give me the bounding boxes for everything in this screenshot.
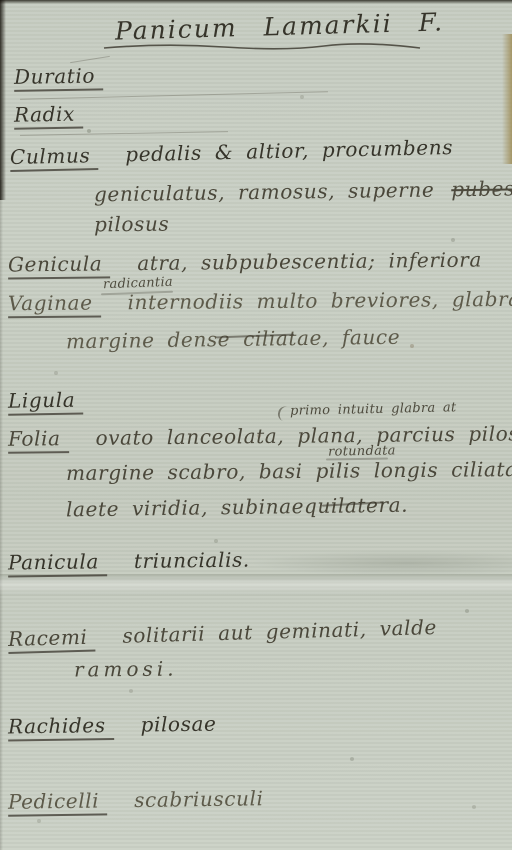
entry-label-folia: Folia	[8, 426, 69, 454]
entry-racemi-line2: ramosi.	[74, 657, 178, 682]
vaginae-text-2: margine dense ciliatae, fauce	[66, 325, 400, 354]
page-title: Panicum Lamarkii F.	[115, 7, 445, 45]
culmus-text-2: geniculatus, ramosus, superne	[94, 178, 435, 207]
entry-vaginae-line2: margine dense ciliatae, fauce	[66, 325, 400, 354]
entry-rachides: Rachides pilosae	[8, 712, 217, 742]
entry-label-panicula: Panicula	[8, 549, 107, 577]
entry-radix: Radix	[14, 101, 97, 129]
folia-inserted-above: primo intuitu glabra at	[290, 400, 457, 418]
insertion-caret-1	[276, 405, 290, 422]
entry-folia-line3: laete viridia, subinaequilatera.	[66, 493, 408, 522]
paper-shade-band	[250, 550, 512, 576]
stray-stroke	[70, 56, 110, 63]
pedicelli-text-1: scabriusculi	[134, 786, 264, 812]
folia-text-1b: parcius pilosa	[376, 421, 512, 447]
faint-rule-radix	[20, 131, 228, 136]
scan-edge-top	[0, 0, 512, 4]
scan-edge-left	[0, 0, 6, 200]
panicula-text-1: triuncialis.	[134, 548, 250, 573]
entry-culmus-line3: pilosus	[94, 212, 169, 237]
racemi-text-1: solitarii aut geminati, valde	[122, 615, 437, 648]
entry-label-radix: Radix	[14, 102, 83, 130]
vaginae-text-1: internodiis multo breviores, glabrae	[127, 287, 512, 315]
entry-label-pedicelli: Pedicelli	[8, 788, 108, 816]
rachides-text-1: pilosae	[140, 712, 216, 737]
folia-text-1a: ovato lanceolata, plana,	[95, 423, 363, 450]
entry-label-culmus: Culmus	[10, 143, 99, 172]
entry-genicula: Genicula atra, subpubescentia; inferiora	[8, 248, 482, 280]
entry-vaginae-line1: Vaginae internodiis multo breviores, gla…	[8, 287, 512, 319]
paper-crease	[0, 574, 512, 596]
entry-label-duratio: Duratio	[14, 63, 104, 92]
entry-culmus-line1: Culmus pedalis & altior, procumbens	[10, 135, 454, 172]
genicula-text-1: atra, subpubescentia; inferiora	[137, 248, 482, 276]
entry-panicula: Panicula triuncialis.	[8, 548, 250, 578]
entry-folia-line1: Folia ovato lanceolata, plana, parcius p…	[8, 421, 512, 453]
folia-text-2a: margine scabro, basi	[66, 459, 303, 485]
racemi-text-2: ramosi.	[74, 657, 178, 682]
entry-ligula: Ligula	[8, 387, 98, 416]
entry-label-ligula: Ligula	[8, 387, 84, 415]
faint-rule-duratio	[20, 91, 328, 100]
folia-inserted-above-text: primo intuitu glabra at	[290, 400, 457, 418]
culmus-struck-word: pubescens	[451, 176, 512, 202]
manuscript-page: Panicum Lamarkii F. Duratio Radix Culmus…	[0, 0, 512, 850]
entry-label-rachides: Rachides	[8, 713, 114, 741]
culmus-text-3: pilosus	[94, 212, 169, 237]
folia-text-2b: pilis longis ciliata.	[315, 457, 512, 483]
entry-label-vaginae: Vaginae	[8, 290, 101, 318]
entry-duratio: Duratio	[14, 63, 118, 92]
paper-edge-right	[502, 34, 512, 164]
entry-racemi-line1: Racemi solitarii aut geminati, valde	[8, 615, 438, 654]
scan-edge-left-faint	[0, 180, 3, 850]
entry-culmus-line2: geniculatus, ramosus, superne pubescens	[94, 176, 512, 207]
entry-label-genicula: Genicula	[8, 251, 111, 279]
entry-label-racemi: Racemi	[8, 625, 96, 654]
culmus-text-1: pedalis & altior, procumbens	[125, 135, 453, 166]
title-underline	[102, 42, 424, 52]
entry-folia-line2: margine scabro, basi pilis longis ciliat…	[66, 457, 512, 485]
entry-pedicelli: Pedicelli scabriusculi	[8, 786, 264, 817]
folia-text-3: laete viridia, subinaequilatera.	[66, 493, 408, 522]
